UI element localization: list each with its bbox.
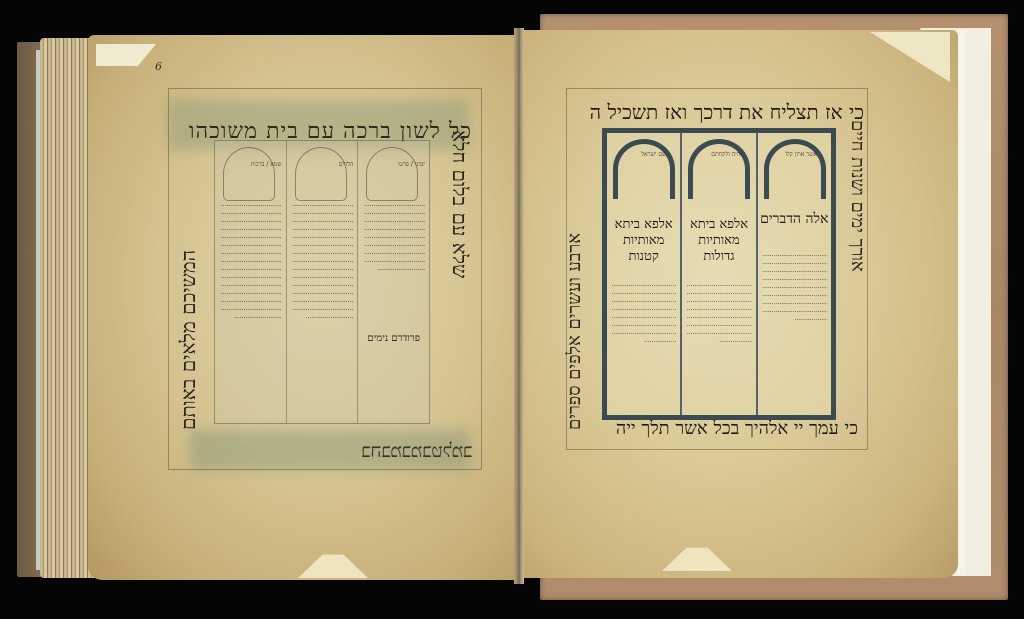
right-table-column: והיה ולקחתם אלפא ביתא מאותיות גדולות ···… xyxy=(680,133,755,415)
arch-ornament xyxy=(366,147,418,201)
left-table-column: שמא / ברכות ····························… xyxy=(215,141,286,423)
right-page-left-vertical: ארבע ועשרים אלפים ספרים xyxy=(564,130,586,430)
right-bottom-line: כי עמך יי אלהיך בכל אשר תלך ייה xyxy=(588,418,858,439)
left-micrography-table: שמא / ברכות ····························… xyxy=(214,140,430,424)
arch-ornament xyxy=(295,147,347,201)
arch-text: אשר ארון קלו xyxy=(772,151,817,159)
micro-text: ········································… xyxy=(762,253,827,325)
left-page-right-vertical: שלא עם בלום חלא xyxy=(448,130,472,440)
left-bottom-line: בהבמבמבטלמב xyxy=(196,440,472,463)
book-gutter xyxy=(514,28,524,584)
column-heading: אלפא ביתא מאותיות קטנות xyxy=(607,217,680,265)
arch-text: שם ישראל xyxy=(621,151,666,159)
arch-ornament xyxy=(613,139,675,199)
right-table-column: שם ישראל אלפא ביתא מאותיות קטנות ·······… xyxy=(607,133,680,415)
column-heading: אלה הדברים xyxy=(758,211,831,227)
micro-text: ········································… xyxy=(362,203,425,275)
left-table-column: ימיני / פרטי ···························… xyxy=(357,141,429,423)
arch-text: והיה ולקחתם xyxy=(696,151,741,159)
micro-text: ········································… xyxy=(219,203,282,323)
micro-text: ········································… xyxy=(686,283,751,347)
right-page-right-vertical: אורך ימים ושנות חיים xyxy=(846,120,868,430)
right-micrography-table: שם ישראל אלפא ביתא מאותיות קטנות ·······… xyxy=(602,128,836,420)
column-heading: אלפא ביתא מאותיות גדולות xyxy=(682,217,755,265)
right-table-column: אשר ארון קלו אלה הדברים ················… xyxy=(756,133,831,415)
folio-number: 6 xyxy=(155,60,162,73)
arch-ornament xyxy=(764,139,826,199)
arch-ornament xyxy=(688,139,750,199)
arch-text: ימיני / פרטי xyxy=(362,161,425,169)
inline-heading: פרודרם נימים xyxy=(358,331,429,347)
arch-ornament xyxy=(223,147,275,201)
arch-text: שמא / ברכות xyxy=(219,161,282,169)
micro-text: ········································… xyxy=(291,203,354,323)
left-page-left-vertical: המשיכם מלאים באותם xyxy=(176,140,200,430)
micro-text: ········································… xyxy=(611,283,676,347)
right-top-line: כי אז תצליח את דרכך ואז תשכיל ה xyxy=(572,100,864,125)
arch-text: הלויים xyxy=(291,161,354,169)
left-table-column: הלויים ·································… xyxy=(286,141,358,423)
